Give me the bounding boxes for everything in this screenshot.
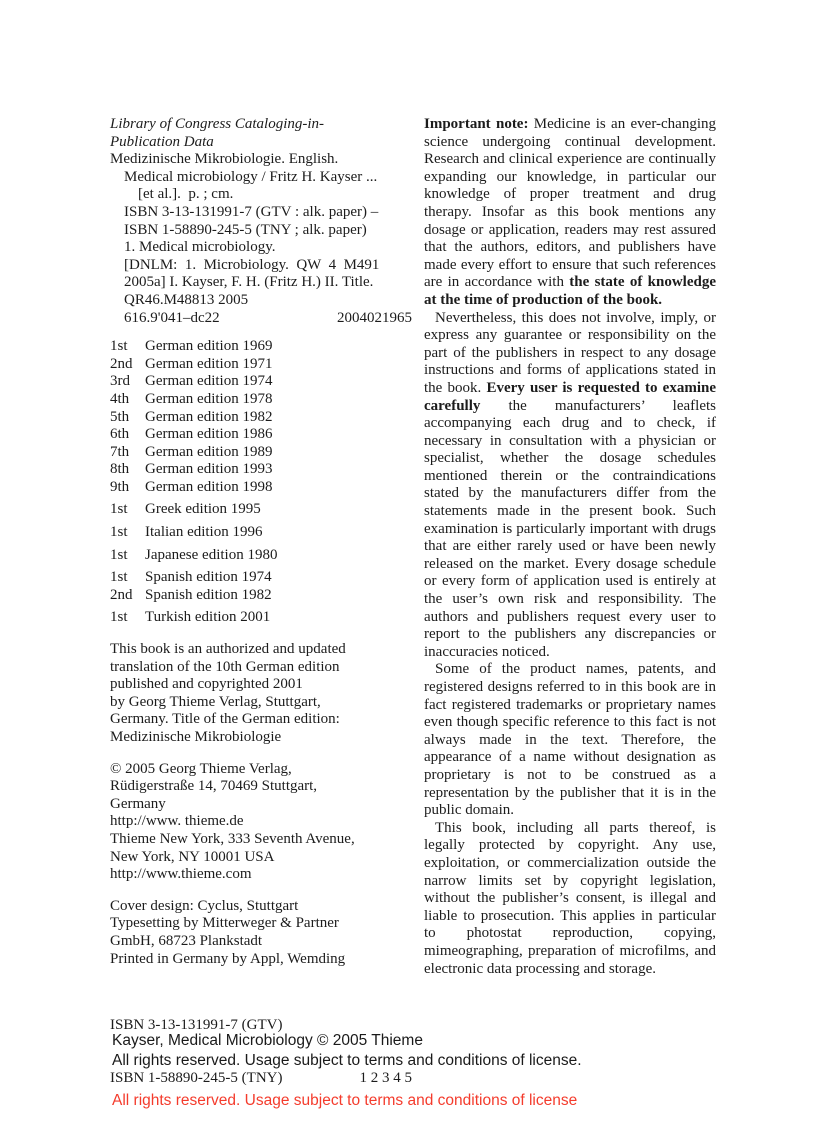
edition-label: German edition 1974 <box>145 373 272 391</box>
edition-label: German edition 1989 <box>145 444 272 462</box>
edition-label: Spanish edition 1982 <box>145 587 272 605</box>
text-run: Some of the product names, patents, and … <box>424 661 716 818</box>
edition-ordinal: 9th <box>110 479 145 497</box>
edition-ordinal: 1st <box>110 569 145 587</box>
text-line: © 2005 Georg Thieme Verlag, <box>110 761 412 779</box>
edition-group: 1stGerman edition 19692ndGerman edition … <box>110 338 412 496</box>
edition-row: 1stTurkish edition 2001 <box>110 609 412 627</box>
edition-ordinal: 6th <box>110 426 145 444</box>
text-line: GmbH, 68723 Plankstadt <box>110 933 412 951</box>
text-run: This book, including all parts thereof, … <box>424 820 716 977</box>
edition-ordinal: 1st <box>110 501 145 519</box>
footer-rights-text: All rights reserved. Usage subject to te… <box>112 1051 582 1071</box>
edition-label: German edition 1982 <box>145 409 272 427</box>
loc-line: [et al.]. p. ; cm. <box>110 186 412 204</box>
edition-label: German edition 1998 <box>145 479 272 497</box>
paragraph: Important note: Medicine is an ever-chan… <box>424 116 716 310</box>
text-line: by Georg Thieme Verlag, Stuttgart, <box>110 694 412 712</box>
edition-row: 9thGerman edition 1998 <box>110 479 412 497</box>
loc-line: QR46.M48813 2005 <box>110 292 412 310</box>
edition-row: 8thGerman edition 1993 <box>110 461 412 479</box>
left-column: Library of Congress Cataloging-in-Public… <box>110 116 412 1123</box>
edition-ordinal: 2nd <box>110 356 145 374</box>
text-line: translation of the 10th German edition <box>110 659 412 677</box>
edition-label: Italian edition 1996 <box>145 524 262 542</box>
edition-label: Japanese edition 1980 <box>145 547 277 565</box>
text-line: New York, NY 10001 USA <box>110 849 412 867</box>
text-line: Rüdigerstraße 14, 70469 Stuttgart, <box>110 778 412 796</box>
text-line: Publication Data <box>110 134 412 152</box>
paragraph: This book, including all parts thereof, … <box>424 820 716 978</box>
edition-label: Greek edition 1995 <box>145 501 261 519</box>
paragraph: Nevertheless, this does not involve, imp… <box>424 310 716 662</box>
edition-label: German edition 1978 <box>145 391 272 409</box>
text-line: http://www. thieme.de <box>110 813 412 831</box>
edition-label: German edition 1993 <box>145 461 272 479</box>
edition-row: 2ndSpanish edition 1982 <box>110 587 412 605</box>
production-block: Cover design: Cyclus, StuttgartTypesetti… <box>110 898 412 968</box>
edition-row: 6thGerman edition 1986 <box>110 426 412 444</box>
edition-label: Spanish edition 1974 <box>145 569 272 587</box>
text-line: Cover design: Cyclus, Stuttgart <box>110 898 412 916</box>
editions-list: 1stGerman edition 19692ndGerman edition … <box>110 338 412 627</box>
text-line: Printed in Germany by Appl, Wemding <box>110 951 412 969</box>
text-line: Library of Congress Cataloging-in- <box>110 116 412 134</box>
edition-ordinal: 5th <box>110 409 145 427</box>
loc-line: Medizinische Mikrobiologie. English. <box>110 151 412 169</box>
isbn-tny-number: ISBN 1-58890-245-5 (TNY) <box>110 1070 282 1088</box>
paragraph: Some of the product names, patents, and … <box>424 661 716 819</box>
loc-line: 1. Medical microbiology. <box>110 239 412 257</box>
text-line: This book is an authorized and updated <box>110 641 412 659</box>
edition-row: 1stGerman edition 1969 <box>110 338 412 356</box>
edition-group: 1stSpanish edition 19742ndSpanish editio… <box>110 569 412 604</box>
book-imprint-page: Library of Congress Cataloging-in-Public… <box>0 0 816 1123</box>
text-line: http://www.thieme.com <box>110 866 412 884</box>
text-run: Medicine is an ever-changing science und… <box>424 116 716 290</box>
edition-ordinal: 1st <box>110 338 145 356</box>
loc-line: 2005a] I. Kayser, F. H. (Fritz H.) II. T… <box>110 274 412 292</box>
text-line: Typesetting by Mitterweger & Partner <box>110 915 412 933</box>
edition-ordinal: 1st <box>110 524 145 542</box>
copyright-block: © 2005 Georg Thieme Verlag,Rüdigerstraße… <box>110 761 412 884</box>
edition-label: Turkish edition 2001 <box>145 609 270 627</box>
edition-row: 5thGerman edition 1982 <box>110 409 412 427</box>
text-line: published and copyrighted 2001 <box>110 676 412 694</box>
edition-row: 4thGerman edition 1978 <box>110 391 412 409</box>
footer-rights-red: All rights reserved. Usage subject to te… <box>112 1092 577 1110</box>
edition-row: 7thGerman edition 1989 <box>110 444 412 462</box>
edition-group: 1stTurkish edition 2001 <box>110 609 412 627</box>
edition-ordinal: 8th <box>110 461 145 479</box>
edition-row: 3rdGerman edition 1974 <box>110 373 412 391</box>
edition-ordinal: 4th <box>110 391 145 409</box>
lccn-number: 2004021965 <box>337 310 412 328</box>
loc-line: Medical microbiology / Fritz H. Kayser .… <box>110 169 412 187</box>
isbn-line-tny: ISBN 1-58890-245-5 (TNY) 1 2 3 4 5 <box>110 1070 412 1088</box>
text-line: Thieme New York, 333 Seventh Avenue, <box>110 831 412 849</box>
text-run: the manufacturers’ leaflets accompanying… <box>424 398 716 660</box>
edition-row: 1stSpanish edition 1974 <box>110 569 412 587</box>
edition-ordinal: 3rd <box>110 373 145 391</box>
edition-group: 1stJapanese edition 1980 <box>110 547 412 565</box>
text-line: Germany. Title of the German edition: <box>110 711 412 729</box>
content-columns: Library of Congress Cataloging-in-Public… <box>110 116 716 1123</box>
right-column: Important note: Medicine is an ever-chan… <box>424 116 716 1123</box>
loc-line: 616.9'041–dc222004021965 <box>110 310 412 328</box>
loc-line: ISBN 3-13-131991-7 (GTV : alk. paper) – <box>110 204 412 222</box>
edition-label: German edition 1969 <box>145 338 272 356</box>
printing-numbers: 1 2 3 4 5 <box>360 1070 413 1088</box>
edition-label: German edition 1986 <box>145 426 272 444</box>
loc-line: [DNLM: 1. Microbiology. QW 4 M491 <box>110 257 412 275</box>
edition-ordinal: 2nd <box>110 587 145 605</box>
bold-text: Important note: <box>424 116 534 132</box>
edition-ordinal: 1st <box>110 547 145 565</box>
edition-row: 1stJapanese edition 1980 <box>110 547 412 565</box>
dewey-number: 616.9'041–dc22 <box>124 310 220 328</box>
text-line: Germany <box>110 796 412 814</box>
loc-line: ISBN 1-58890-245-5 (TNY ; alk. paper) <box>110 222 412 240</box>
text-line: Medizinische Mikrobiologie <box>110 729 412 747</box>
edition-row: 1stItalian edition 1996 <box>110 524 412 542</box>
loc-lines: Medizinische Mikrobiologie. English.Medi… <box>110 151 412 327</box>
edition-row: 1stGreek edition 1995 <box>110 501 412 519</box>
footer-book-title: Kayser, Medical Microbiology © 2005 Thie… <box>112 1031 582 1051</box>
edition-ordinal: 1st <box>110 609 145 627</box>
edition-group: 1stGreek edition 1995 <box>110 501 412 519</box>
edition-ordinal: 7th <box>110 444 145 462</box>
edition-group: 1stItalian edition 1996 <box>110 524 412 542</box>
translation-note: This book is an authorized and updatedtr… <box>110 641 412 747</box>
edition-row: 2ndGerman edition 1971 <box>110 356 412 374</box>
loc-heading: Library of Congress Cataloging-in-Public… <box>110 116 412 151</box>
edition-label: German edition 1971 <box>145 356 272 374</box>
license-footer: Kayser, Medical Microbiology © 2005 Thie… <box>112 1031 582 1071</box>
